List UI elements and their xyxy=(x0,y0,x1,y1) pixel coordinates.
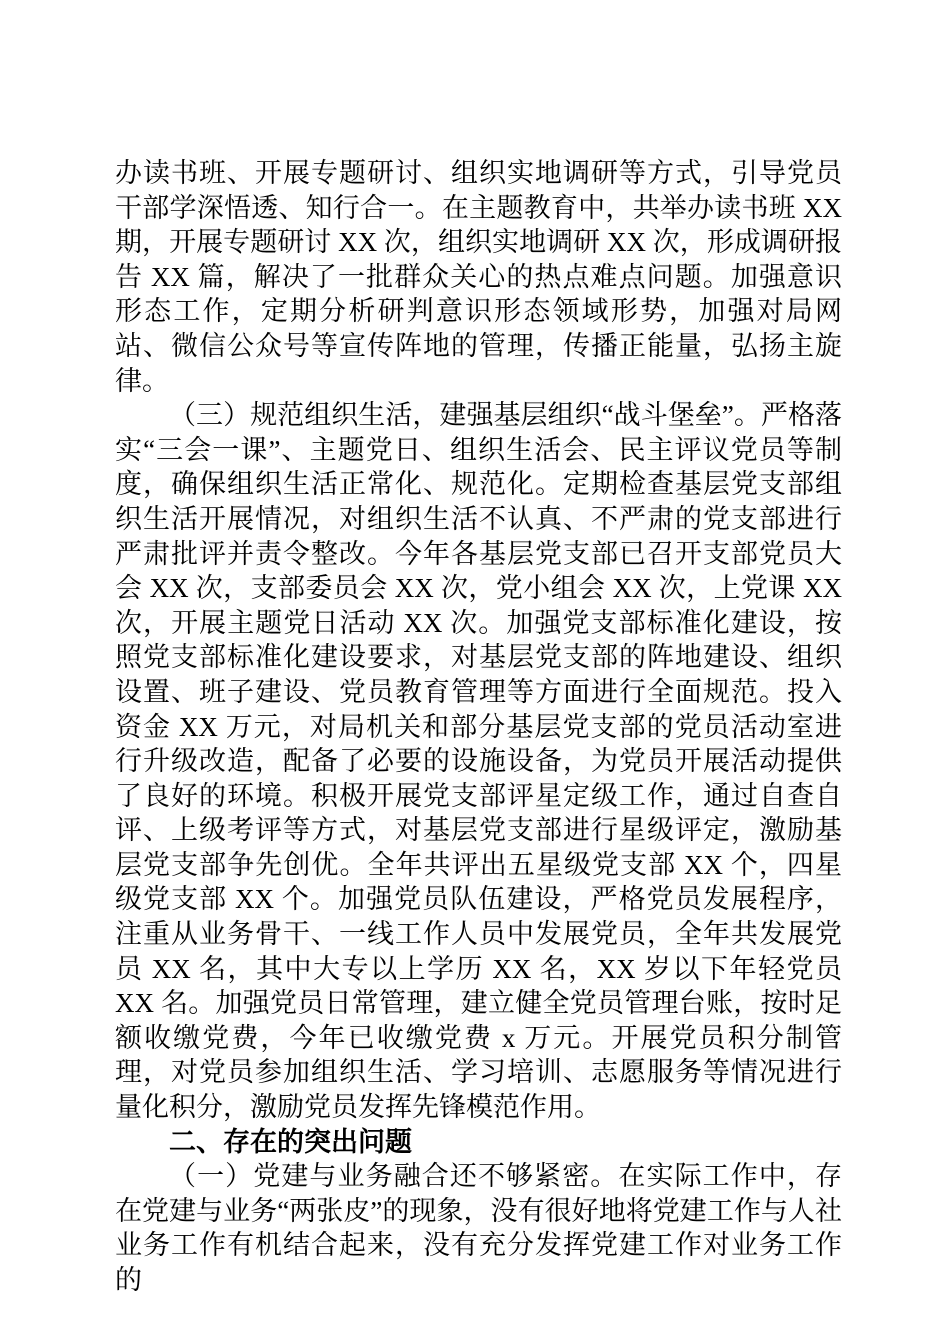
paragraph-problem-1: （一）党建与业务融合还不够紧密。在实际工作中，存在党建与业务“两张皮”的现象，没… xyxy=(115,1159,842,1297)
paragraph-section-3: （三）规范组织生活，建强基层组织“战斗堡垒”。严格落实“三会一课”、主题党日、组… xyxy=(115,398,842,1124)
paragraph-continuation: 办读书班、开展专题研讨、组织实地调研等方式，引导党员干部学深悟透、知行合一。在主… xyxy=(115,156,842,398)
document-page: 办读书班、开展专题研讨、组织实地调研等方式，引导党员干部学深悟透、知行合一。在主… xyxy=(0,0,950,1344)
document-body: 办读书班、开展专题研讨、组织实地调研等方式，引导党员干部学深悟透、知行合一。在主… xyxy=(115,156,842,1298)
section-heading-problems: 二、存在的突出问题 xyxy=(115,1125,842,1160)
